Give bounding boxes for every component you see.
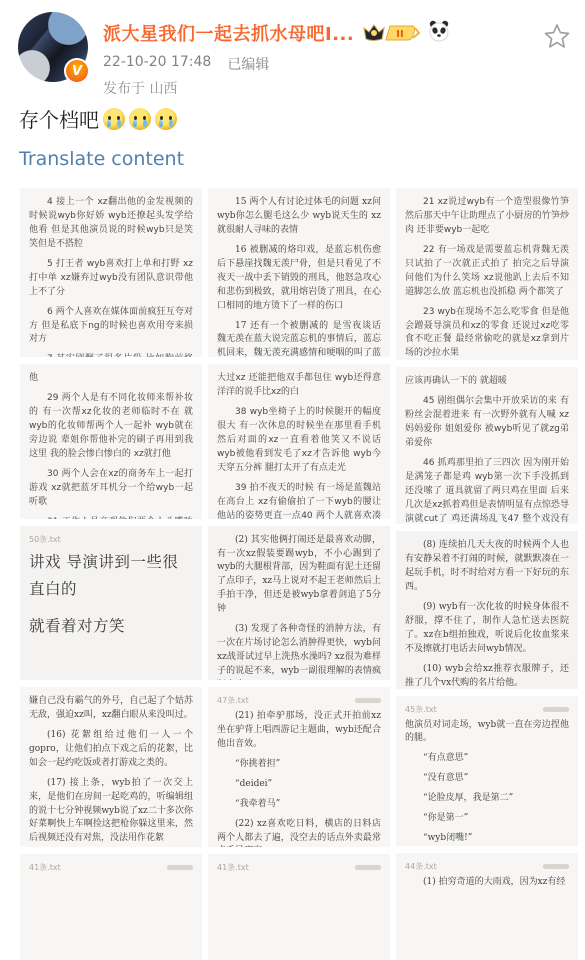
tile-text: 30 两个人会在xz的商务车上一起打游戏 xz就把蓝牙耳机分一个给wyb一起听歌 [29,468,193,510]
tile-text: “论脸皮厚，我是第二” [405,792,569,806]
post-text: 存个档吧 [19,104,177,133]
post-header: V 派大星我们一起去抓水母吧I... II 22-10-20 17:48 已编 [0,0,585,100]
tile-text: 大过xz 还能把他双手都包住 wyb还得意洋洋的说手比xz的白 [217,372,381,400]
tile-text: 46 抓鸡那里拍了三四次 因为刚开始是满笼子都是鸡 wyb第一次下手没抓到还没嗦… [405,457,569,524]
tile-text: 他演员对词走场，wyb就一直在旁边捏他的腿。 [405,719,569,747]
tile-text: 15 两个人有讨论过体毛的问题 xz问wyb你怎么腿毛这么少 wyb说天生的 x… [217,196,381,238]
tile-text: 嫌自己没有霸气的外号，自己起了个姑苏无敌，强迫xz叫，xz翻白眼从来没叫过。 [29,695,193,723]
favorite-star-icon[interactable] [542,22,572,52]
tile-text: 他 [29,372,193,386]
tile-text: (17) 接上条，wyb拍了一次交上来，是他们在房间一起吃鸡的，听编辑组的说十七… [29,777,193,847]
image-tile[interactable]: 嫌自己没有霸气的外号，自己起了个姑苏无敌，强迫xz叫，xz翻白眼从来没叫过。 (… [20,687,202,847]
tile-text: (9) wyb有一次化妆的时候身体很不舒服，撑不住了，制作人急忙送去医院了。xz… [405,601,569,657]
tile-text: (22) xz喜欢吃日料，横店的日料店两个人都去了遍，没空去的话点外卖最常点禾风… [217,818,381,848]
image-tile[interactable]: (2) 其实他俩打闹还是最喜欢动脚，有一次xz假装要踢wyb，不小心踢到了wyb… [208,526,390,680]
tile-text: 22 有一场戏是需要蓝忘机背魏无羡 只试拍了一次就正式拍了 拍完之后导演问他们为… [405,244,569,300]
post-image-grid: 4 接上一个 xz翻出他的金发视频的时候说wyb你好娇 wyb还撩起头发学给他看… [20,188,578,960]
tile-text: 45 剧组偶尔会集中开放采访的来 有粉丝会混着进来 有一次野外就有人喊 xz妈妈… [405,395,569,451]
tile-text: 16 被删减的烙印戏，是蓝忘机伤愈后下悬崖找魏无羡尸骨，但是只看见了不夜天一战中… [217,244,381,314]
tile-text: “我牵着马” [217,798,381,812]
image-tile[interactable]: 47条.txt (21) 拍牵驴那场，没正式开拍前xz坐在驴背上唱西游记主题曲，… [208,687,390,847]
tile-text: (1) 拍穷奇道的大雨戏，因为xz有经 [405,876,569,890]
tile-filename: 44条.txt [405,861,437,872]
tile-text: 4 接上一个 xz翻出他的金发视频的时候说wyb你好娇 wyb还撩起头发学给他看… [29,196,193,252]
tile-text: 讲戏 导演讲到一些很直白的 [29,549,193,603]
tile-filename: 45条.txt [405,704,437,715]
image-column-right: 21 xz说过wyb有一个造型很像竹笋 然后那天中午让助理点了小厨房的竹笋炒肉 … [396,188,578,960]
panda-emoji-icon [428,20,450,46]
tile-text: “有点意思” [405,752,569,766]
tile-text: “你是第一” [405,812,569,826]
tile-meta-smudge [543,864,569,869]
image-tile[interactable]: 41条.txt [208,854,390,960]
tile-text: “没有意思” [405,772,569,786]
image-tile[interactable]: 45条.txt 他演员对词走场，wyb就一直在旁边捏他的腿。 “有点意思” “没… [396,696,578,846]
tile-meta-smudge [355,865,381,870]
image-tile[interactable]: 应该再确认一下的 就超暖 45 剧组偶尔会集中开放采访的来 有粉丝会混着进来 有… [396,367,578,524]
image-tile[interactable]: 50条.txt 讲戏 导演讲到一些很直白的 就看着对方笑 [20,526,202,680]
tile-text: 29 两个人是有不同化妆师来帮补妆的 有一次帮xz化妆的老师临时不在 就wyb的… [29,392,193,462]
tile-text: 应该再确认一下的 就超暖 [405,375,569,389]
image-tile[interactable]: 44条.txt (1) 拍穷奇道的大雨戏，因为xz有经 [396,853,578,960]
vip-level-text: II [396,29,403,40]
image-tile[interactable]: 15 两个人有讨论过体毛的问题 xz问wyb你怎么腿毛这么少 wyb说天生的 x… [208,188,390,357]
tile-text: (10) wyb会给xz推荐衣服牌子，还推了几个vx代购的名片给他。 [405,663,569,689]
tile-text: 23 wyb在现场不怎么吃零食 但是他会蹭聂导演员和xz的零食 还说过xz吃零食… [405,306,569,361]
tile-meta-smudge [355,698,381,703]
image-tile[interactable]: 大过xz 还能把他双手都包住 wyb还得意洋洋的说手比xz的白 38 wyb坐椅… [208,364,390,518]
tile-text: 就看着对方笑 [29,613,193,640]
post-text-string: 存个档吧 [19,104,99,133]
crying-face-emoji-icon [129,108,151,130]
tile-text: 17 还有一个被删减的 是雪夜谈话 魏无羡在蓝大说完蓝忘机的事情后，蓝忘机回来，… [217,320,381,358]
verified-badge-icon: V [64,58,90,84]
tile-text: 31 工作人员旁观他们两个人斗嘴吵架 刚开始以为是真的关系不好 但是见收工后又一… [29,516,193,519]
tile-filename: 41条.txt [29,862,61,873]
image-tile[interactable]: 他 29 两个人是有不同化妆师来帮补妆的 有一次帮xz化妆的老师临时不在 就wy… [20,364,202,518]
tile-text: (2) 其实他俩打闹还是最喜欢动脚，有一次xz假装要踢wyb，不小心踢到了wyb… [217,534,381,618]
crying-face-emoji-icon [103,108,125,130]
avatar[interactable]: V [18,12,88,82]
tile-text: 39 拍不夜天的时候 有一场是蓝魏站在高台上 xz有偷偷拍了一下wyb的腰让他站… [217,482,381,519]
edited-label: 已编辑 [227,54,269,74]
tile-text: 7 其实剧删了很多片段 比如胸前烙印那里是有拍蓝忘机下悬崖找魏无羡的 剧没播出来… [29,353,193,357]
image-column-left: 4 接上一个 xz翻出他的金发视频的时候说wyb你好娇 wyb还撩起头发学给他看… [20,188,202,960]
tile-text: 5 打王者 wyb喜欢打上单和打野 xz打中单 xz嫌弃过wyb没有团队意识带他… [29,258,193,300]
image-tile[interactable]: (8) 连续拍几天大夜的时候两个人也有安静呆着不打闹的时候，就默默凑在一起玩手机… [396,531,578,688]
tile-text: (3) 发现了各种奇怪的消肿方法，有一次在片场讨论怎么消肿得更快，wyb问xz战… [217,623,381,680]
tile-text: 6 两个人喜欢在媒体面前疯狂互夸对方 但是私底下ng的时候也喜欢用夸来损对方 [29,306,193,348]
tile-filename: 47条.txt [217,695,249,706]
tile-text: 38 wyb坐椅子上的时候腿开的幅度很大 有一次休息的时候坐在那里看手机 然后对… [217,406,381,476]
image-column-middle: 15 两个人有讨论过体毛的问题 xz问wyb你怎么腿毛这么少 wyb说天生的 x… [208,188,390,960]
post-location: 发布于 山西 [103,78,177,98]
tile-text: (16) 花絮组给过他们一人一个gopro，让他们拍点下戏之后的花絮，比如会一起… [29,729,193,771]
image-tile[interactable]: 21 xz说过wyb有一个造型很像竹笋 然后那天中午让助理点了小厨房的竹笋炒肉 … [396,188,578,360]
image-tile[interactable]: 41条.txt [20,854,202,960]
crying-face-emoji-icon [155,108,177,130]
username-link[interactable]: 派大星我们一起去抓水母吧I... [103,20,354,46]
translate-content-link[interactable]: Translate content [19,148,184,170]
tile-text: “deidei” [217,778,381,792]
tile-meta-smudge [543,707,569,712]
tile-text: (8) 连续拍几天大夜的时候两个人也有安静呆着不打闹的时候，就默默凑在一起玩手机… [405,539,569,595]
tile-text: “wyb闭嘴!” [405,832,569,845]
tile-meta-smudge [167,865,193,870]
tile-text: (21) 拍牵驴那场，没正式开拍前xz坐在驴背上唱西游记主题曲，wyb还配合他出… [217,710,381,752]
tile-filename: 41条.txt [217,862,249,873]
tile-filename: 50条.txt [29,534,61,545]
tile-text: “你挑着担” [217,758,381,772]
image-tile[interactable]: 4 接上一个 xz翻出他的金发视频的时候说wyb你好娇 wyb还撩起头发学给他看… [20,188,202,357]
post-timestamp: 22-10-20 17:48 [103,54,211,74]
tile-text: 21 xz说过wyb有一个造型很像竹笋 然后那天中午让助理点了小厨房的竹笋炒肉 … [405,196,569,238]
vip-crown-badge-icon[interactable]: II [360,21,422,45]
